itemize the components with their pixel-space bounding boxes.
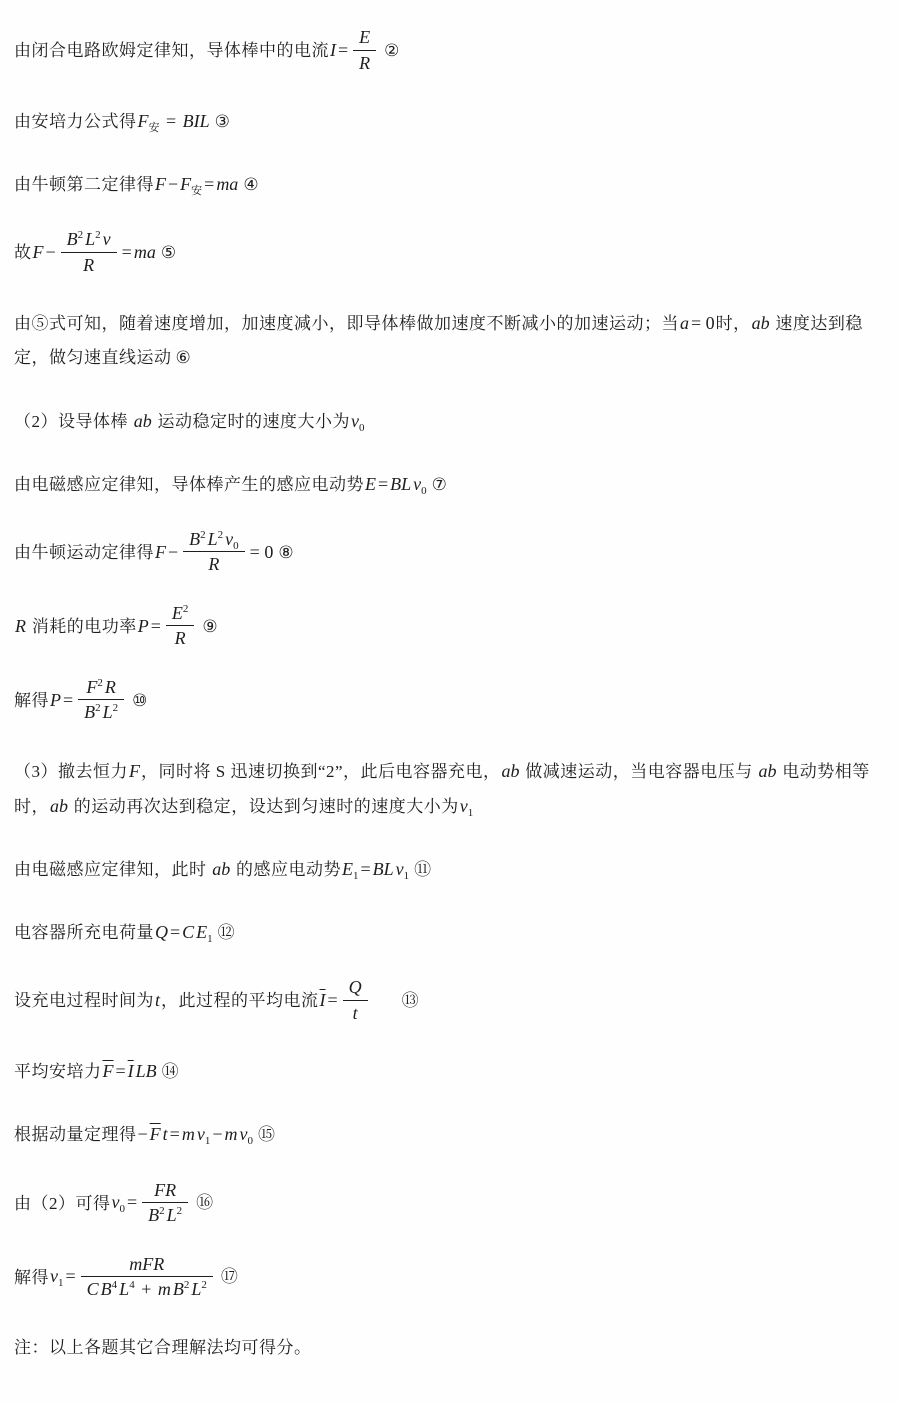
math-run: E [359, 27, 370, 47]
math-run: = [328, 990, 338, 1010]
math-run: = [170, 922, 180, 942]
math-run: − [168, 174, 178, 194]
text-run: 解得 [14, 691, 49, 710]
text-run: 注：以上各题其它合理解法均可得分。 [14, 1338, 312, 1357]
text-run: 由牛顿运动定律得 [14, 543, 154, 562]
math-run: F安 [180, 174, 202, 194]
solution-line-6: （2）设导体棒 ab 运动稳定时的速度大小为v0 [14, 404, 874, 439]
text-run: 的运动再次达到稳定，设达到匀速时的速度大小为 [69, 797, 459, 816]
math-run: v1 [460, 796, 474, 816]
solution-line-5: 由⑤式可知，随着速度增加，加速度减小，即导体棒做加速度不断减小的加速运动；当a=… [14, 306, 874, 375]
text-run: 由⑤式可知，随着速度增加，加速度减小，即导体棒做加速度不断减小的加速运动；当 [14, 314, 679, 333]
math-run: = [66, 1266, 76, 1286]
solution-line-15: 平均安培力F=ILB⑭ [14, 1054, 874, 1089]
math-run: C [182, 922, 194, 942]
math-run: − [138, 1124, 148, 1144]
math-run: ab [502, 761, 520, 781]
solution-line-2: 由安培力公式得F安 = BIL③ [14, 104, 874, 139]
math-run: = [63, 690, 73, 710]
math-run: BIL [183, 111, 210, 131]
math-run: E2 [172, 603, 189, 623]
equation-number-badge: ⑯ [196, 1193, 213, 1213]
math-run: E1 [196, 922, 213, 942]
math-run: B2 [173, 1279, 190, 1299]
physics-solution-document: 由闭合电路欧姆定律知，导体棒中的电流I=ER②由安培力公式得F安 = BIL③由… [0, 0, 900, 1404]
math-run: Q [155, 922, 168, 942]
math-run: L2 [85, 229, 101, 249]
fraction-numerator: mFR [81, 1253, 213, 1278]
equation-number-badge: ⑤ [161, 243, 176, 263]
fraction: F2RB2L2 [78, 676, 124, 724]
text-run: （2）设导体棒 [14, 412, 133, 431]
math-run: I [320, 990, 326, 1010]
solution-line-11: （3）撤去恒力F，同时将 S 迅速切换到“2”，此后电容器充电，ab 做减速运动… [14, 754, 874, 824]
text-run: 电容器所充电荷量 [14, 923, 154, 942]
math-run: − [212, 1124, 222, 1144]
text-run: 时， [716, 314, 751, 333]
math-run: = [378, 474, 388, 494]
text-run: 做减速运动，当电容器电压与 [521, 762, 758, 781]
text-run: ，此过程的平均电流 [161, 991, 319, 1010]
math-run: = [151, 616, 161, 636]
math-run: = [204, 174, 214, 194]
equation-number-badge: ⑪ [414, 860, 431, 880]
fraction-denominator: R [353, 51, 376, 75]
math-run: mFR [129, 1254, 164, 1274]
math-run: − [168, 542, 178, 562]
math-run: F [103, 1061, 114, 1081]
solution-line-1: 由闭合电路欧姆定律知，导体棒中的电流I=ER② [14, 28, 874, 76]
text-run: ，同时将 S 迅速切换到“2”，此后电容器充电， [141, 762, 501, 781]
math-run: ab [134, 411, 152, 431]
text-run: 由电磁感应定律知，导体棒产生的感应电动势 [14, 475, 364, 494]
fraction: ER [353, 26, 376, 74]
fraction: Qt [343, 976, 368, 1024]
equation-number-badge: ⑰ [221, 1267, 238, 1287]
math-run: a [680, 313, 689, 333]
text-run: 消耗的电功率 [27, 617, 137, 636]
math-run: = [116, 1061, 126, 1081]
math-run: = [170, 1124, 180, 1144]
fraction-numerator: B2L2v [61, 228, 117, 253]
text-run: 运动稳定时的速度大小为 [153, 412, 350, 431]
text-run: 由闭合电路欧姆定律知，导体棒中的电流 [14, 41, 329, 60]
math-run: L2 [208, 529, 224, 549]
math-run: = 0 [691, 313, 715, 333]
math-run: + [137, 1279, 156, 1299]
math-run: t [163, 1124, 168, 1144]
math-run: LB [136, 1061, 157, 1081]
math-run: ab [759, 761, 777, 781]
fraction: E2R [166, 602, 195, 650]
math-run: R [208, 554, 219, 574]
solution-line-14: 设充电过程时间为t，此过程的平均电流I=Qt⑬ [14, 978, 874, 1026]
math-run: R [175, 628, 186, 648]
solution-line-13: 电容器所充电荷量Q=CE1⑫ [14, 915, 874, 950]
math-run: m [182, 1124, 195, 1144]
math-run: F [155, 174, 166, 194]
math-run: v1 [396, 859, 410, 879]
equation-number-badge: ② [384, 41, 399, 61]
solution-line-7: 由电磁感应定律知，导体棒产生的感应电动势E=BLv0⑦ [14, 467, 874, 502]
math-run: BL [373, 859, 394, 879]
fraction: FRB2L2 [142, 1179, 188, 1227]
text-run: 由（2）可得 [14, 1193, 111, 1212]
math-run: R [359, 53, 370, 73]
equation-number-badge: ④ [243, 175, 258, 195]
fraction-numerator: Q [343, 976, 368, 1001]
fraction-numerator: B2L2v0 [183, 528, 245, 553]
equation-number-badge: ⑭ [162, 1062, 179, 1082]
text-run: 由安培力公式得 [14, 112, 137, 131]
math-run: F2 [86, 677, 103, 697]
math-run: = 0 [250, 542, 274, 562]
math-run: F安 [138, 111, 160, 131]
solution-line-18: 解得v1=mFRCB4L4 + mB2L2⑰ [14, 1255, 874, 1303]
fraction-numerator: F2R [78, 676, 124, 701]
math-run: = [361, 859, 371, 879]
equation-number-badge: ⑩ [132, 691, 147, 711]
math-run: v1 [197, 1124, 211, 1144]
solution-line-10: 解得P=F2RB2L2⑩ [14, 678, 874, 726]
fraction-denominator: CB4L4 + mB2L2 [81, 1277, 213, 1301]
text-run: 平均安培力 [14, 1062, 102, 1081]
equation-number-badge: ⑦ [432, 475, 447, 495]
math-run: = [162, 111, 181, 131]
math-run: m [224, 1124, 237, 1144]
text-run: 根据动量定理得 [14, 1125, 137, 1144]
fraction: B2L2vR [61, 228, 117, 276]
fraction-numerator: E2 [166, 602, 195, 627]
fraction-numerator: E [353, 26, 376, 51]
math-run: F [129, 761, 140, 781]
math-run: B2 [189, 529, 206, 549]
fraction-denominator: t [343, 1001, 368, 1025]
text-run: 故 [14, 243, 32, 262]
math-run: F [155, 542, 166, 562]
math-run: L4 [119, 1279, 135, 1299]
math-run: C [87, 1279, 99, 1299]
solution-line-17: 由（2）可得v0=FRB2L2⑯ [14, 1181, 874, 1229]
math-run: ab [50, 796, 68, 816]
math-run: FR [154, 1180, 176, 1200]
solution-line-12: 由电磁感应定律知，此时 ab 的感应电动势E1=BLv1⑪ [14, 852, 874, 887]
math-run: t [155, 990, 160, 1010]
fraction-denominator: B2L2 [142, 1203, 188, 1227]
equation-number-badge: ⑮ [258, 1125, 275, 1145]
math-run: t [353, 1003, 358, 1023]
text-run: 的感应电动势 [231, 860, 341, 879]
fraction-denominator: B2L2 [78, 700, 124, 724]
math-run: v0 [351, 411, 365, 431]
math-run: F [150, 1124, 161, 1144]
solution-line-3: 由牛顿第二定律得F−F安=ma④ [14, 167, 874, 202]
math-run: − [46, 242, 56, 262]
math-run: B2 [67, 229, 84, 249]
equation-number-badge: ⑨ [202, 617, 217, 637]
equation-number-badge: ⑥ [176, 348, 191, 368]
equation-number-badge: ⑧ [278, 543, 293, 563]
text-run: 由电磁感应定律知，此时 [14, 860, 211, 879]
text-run: 由牛顿第二定律得 [14, 175, 154, 194]
text-run: （3）撤去恒力 [14, 762, 128, 781]
solution-line-9: R 消耗的电功率P=E2R⑨ [14, 604, 874, 652]
math-run: ma [216, 174, 238, 194]
math-run: v0 [413, 474, 427, 494]
math-run: B2 [148, 1205, 165, 1225]
math-run: E [365, 474, 376, 494]
math-run: L2 [167, 1205, 183, 1225]
math-run: F [33, 242, 44, 262]
math-run: v0 [225, 529, 239, 549]
math-run: v0 [112, 1192, 126, 1212]
fraction: mFRCB4L4 + mB2L2 [81, 1253, 213, 1301]
fraction-denominator: R [183, 552, 245, 576]
math-run: Q [349, 977, 362, 997]
fraction: B2L2v0R [183, 528, 245, 576]
equation-number-badge: ③ [215, 112, 230, 132]
text-run: 解得 [14, 1267, 49, 1286]
math-run: R [83, 255, 94, 275]
equation-number-badge: ⑬ [402, 991, 419, 1011]
math-run: v1 [50, 1266, 64, 1286]
math-run: m [158, 1279, 171, 1299]
math-run: P [138, 616, 149, 636]
solution-text: 由闭合电路欧姆定律知，导体棒中的电流I=ER②由安培力公式得F安 = BIL③由… [14, 28, 874, 1364]
solution-line-19: 注：以上各题其它合理解法均可得分。 [14, 1331, 874, 1364]
math-run: = [338, 40, 348, 60]
text-run: 设充电过程时间为 [14, 991, 154, 1010]
fraction-denominator: R [166, 626, 195, 650]
math-run: R [105, 677, 116, 697]
fraction-denominator: R [61, 253, 117, 277]
solution-line-16: 根据动量定理得−Ft=mv1−mv0⑮ [14, 1117, 874, 1152]
math-run: ma [134, 242, 156, 262]
math-run: v0 [239, 1124, 253, 1144]
fraction-numerator: FR [142, 1179, 188, 1204]
math-run: E1 [342, 859, 359, 879]
math-run: R [15, 616, 26, 636]
solution-line-4: 故F−B2L2vR=ma⑤ [14, 230, 874, 278]
math-run: = [122, 242, 132, 262]
math-run: L2 [191, 1279, 207, 1299]
solution-line-8: 由牛顿运动定律得F−B2L2v0R= 0⑧ [14, 530, 874, 578]
math-run: I [330, 40, 336, 60]
math-run: = [127, 1192, 137, 1212]
equation-number-badge: ⑫ [218, 923, 235, 943]
math-run: BL [390, 474, 411, 494]
math-run: ab [752, 313, 770, 333]
math-run: L2 [103, 702, 119, 722]
math-run: I [128, 1061, 134, 1081]
math-run: P [50, 690, 61, 710]
math-run: v [103, 229, 111, 249]
math-run: ab [212, 859, 230, 879]
math-run: B4 [101, 1279, 118, 1299]
math-run: B2 [84, 702, 101, 722]
